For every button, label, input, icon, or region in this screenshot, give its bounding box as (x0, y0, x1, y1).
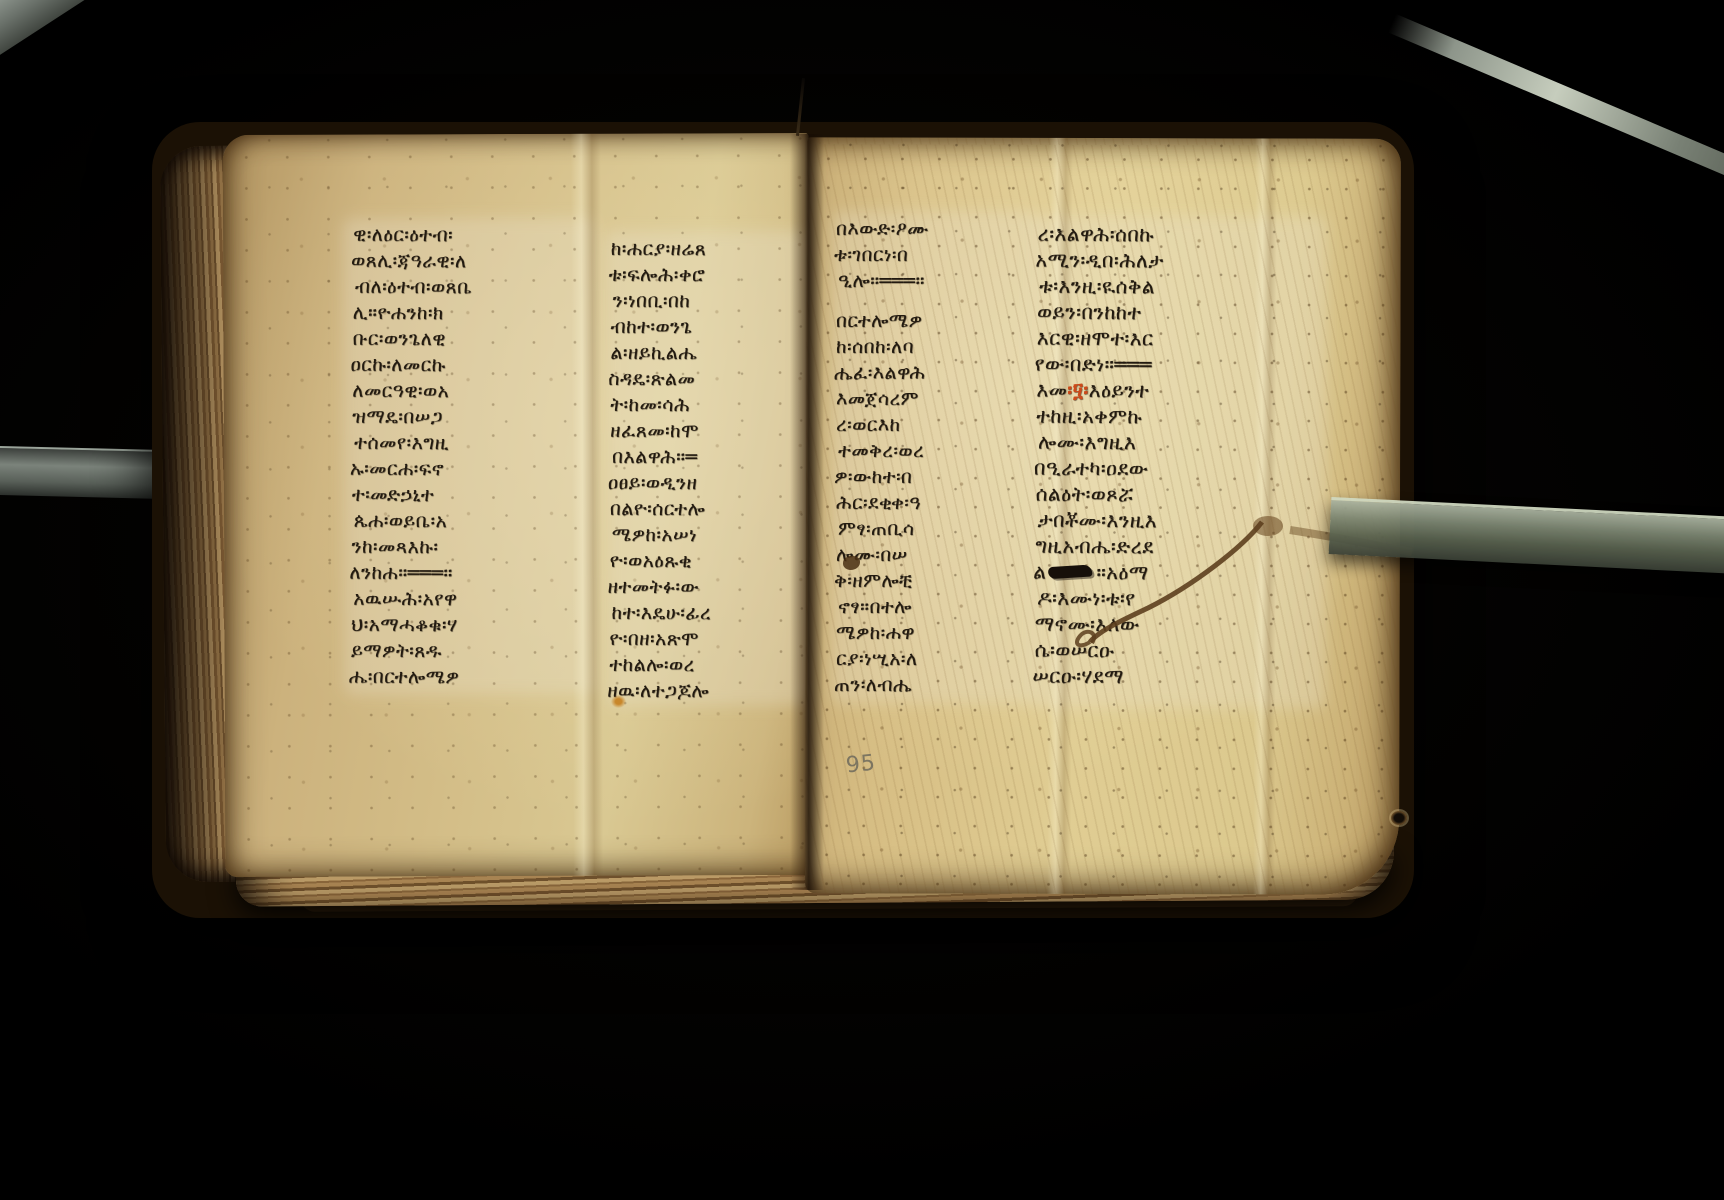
text-line: ተከልሎ፡ወረ (609, 652, 711, 678)
text-line: ሜዎከ፡ሐዋ (836, 620, 929, 646)
text-line: የው፡በድነ።═══ (1035, 351, 1164, 378)
text-line: ብለ፡ዕተብ፡ወጸቤ (355, 274, 472, 301)
text-line: ቱ፡ገበርነ፡በ (834, 242, 927, 268)
text-line: እርዊ፡ዘሞተ፡እር (1037, 325, 1166, 352)
text-line: ተ፡መድኃኒተ (352, 482, 469, 509)
text-line-with-red-numeral: እመ፡፶፡እዕይንተ (1036, 377, 1165, 404)
corner-strip-top-left (0, 0, 96, 58)
text-line: ዎ፡ውከተ፡በ (834, 464, 927, 490)
glass-strip-top-right (1388, 14, 1724, 216)
text-line: ዒሎ።═══። (838, 268, 931, 294)
text-line: ረ፡ወርእከ (836, 412, 929, 438)
text-line: ለመርዓዊ፡ወአ (352, 378, 469, 405)
text-column-left-2: ከ፡ሐርያ፡ዘሬጸ ቱ፡ፍሎሕ፡ቀሮ ን፡ነበቢ፡በከ ብከተ፡ወንጌ ል፡ዘይ… (609, 236, 713, 704)
text-line: ሔፈ፡እልዋሕ (834, 360, 927, 386)
text-line: ት፡ከመ፡ሳሕ (610, 392, 712, 418)
text-line: በእውድ፡ዖሙ (836, 216, 929, 242)
text-line: ዮ፡ወአዕጹቂ (610, 548, 712, 574)
text-line: ንከ፡መጻእኩ፡ (351, 534, 468, 561)
text-line: ቱ፡እንዚ፡ዪሰቅል (1039, 273, 1168, 300)
text-line: ዝማዴ፡በሠጋ (352, 404, 469, 431)
text-line: ርያ፡ነሢአ፡ለ (836, 646, 929, 672)
text-line: ኖፃ።በተሎ (838, 594, 931, 620)
text-line: ከ፡ሰበከ፡ለባ (836, 334, 929, 360)
text-line: ዐፀይ፡ወዲንዘ (608, 470, 710, 496)
text-line: በርተሎሜዎ (836, 308, 929, 334)
gutter-shadow (790, 134, 824, 890)
text-line: ሜዎከ፡አሠነ (612, 522, 714, 548)
text-line: ወይን፡በንከከተ (1037, 299, 1166, 326)
text-line: ዘፈጸመ፡ከሞ (610, 418, 712, 444)
text-line: አሚን፡ዲበ፡ሕለታ (1035, 247, 1164, 274)
text-line: በእልዋሕ።═ (612, 444, 714, 470)
text-line: ስዳዴ፡ጽልመ (608, 366, 710, 392)
text-line: በዒራተካ፡ዐደው (1034, 455, 1163, 482)
text-line: ወጸሊ፡ጃዓራዊ፡ለ (351, 248, 468, 275)
text-line: ል፡ዘይኪልሔ (610, 340, 712, 366)
text-line: ህ፡አማሓቆቁ፡ሃ (351, 612, 468, 639)
text-segment: እዕይንተ (1089, 378, 1150, 402)
text-line: በልዮ፡ሰርተሎ (610, 496, 712, 522)
text-line: ጴሐ፡ወይቤ፡አ (354, 508, 471, 535)
text-line: ቅ፡ዘምሎቺ (834, 568, 927, 594)
text-line: አዉሡሕ፡አየዋ (353, 586, 470, 613)
text-line: ዘተመትፉ፡ው (608, 574, 710, 600)
text-line: ሊ።ዮሐንከ፡ክ (353, 300, 470, 327)
text-line: ረ፡እልዋሕ፡ሰበኩ (1037, 221, 1166, 248)
text-line: ሕር፡ደቂቀ፡ዓ (836, 490, 929, 516)
text-line: ቱ፡ፍሎሕ፡ቀሮ (609, 262, 711, 288)
text-line: ን፡ነበቢ፡በከ (613, 288, 715, 314)
text-line: ተመቅረ፡ወረ (838, 438, 931, 464)
text-line: ጠን፡ለብሔ (834, 672, 927, 698)
text-line: ሔ፡በርተሎሜዎ (349, 664, 466, 691)
text-line: ኡ፡መርሐ፡ፍኖ (350, 456, 467, 483)
text-line: ለንከሐ።═══። (349, 560, 466, 587)
stain-dot (611, 695, 626, 708)
text-column-left-1: ዊ፡ለዕር፡ዕተብ፡ ወጸሊ፡ጃዓራዊ፡ለ ብለ፡ዕተብ፡ወጸቤ ሊ።ዮሐንከ፡… (351, 222, 471, 691)
text-line: ዐርኩ፡ለመርኩ (350, 352, 467, 379)
text-line: ተከዚ፡አቀምኩ (1036, 403, 1165, 430)
text-line: ይማዎት፡ጸዱ (351, 638, 468, 665)
text-line: ዮ፡በዘ፡አጽሞ (609, 626, 711, 652)
text-line: ብከተ፡ወንጌ (610, 314, 712, 340)
text-line: ሎሙ፡እግዚእ (1038, 429, 1167, 456)
folio-number-pencil: 95 (845, 751, 877, 779)
text-line: ከተ፡እዴሁ፡ፊረ (611, 600, 713, 626)
text-line: ምፃ፡ጠቢሳ (838, 516, 931, 542)
text-line: ቡር፡ወንጌለዊ (353, 326, 470, 353)
red-numeral: ፡፶፡ (1067, 378, 1088, 402)
text-segment: እመ (1036, 378, 1067, 402)
text-column-right-1: በእውድ፡ዖሙ ቱ፡ገበርነ፡በ ዒሎ።═══። በርተሎሜዎ ከ፡ሰበከ፡ለባ… (836, 216, 929, 698)
left-page (223, 133, 812, 877)
wormhole (1391, 811, 1407, 825)
text-line: እመጀሳረም (836, 386, 929, 412)
text-line: ተሰመየ፡እግዚ (354, 430, 471, 457)
photo-stage: ዊ፡ለዕር፡ዕተብ፡ ወጸሊ፡ጃዓራዊ፡ለ ብለ፡ዕተብ፡ወጸቤ ሊ።ዮሐንከ፡… (0, 0, 1724, 1200)
text-line: ዊ፡ለዕር፡ዕተብ፡ (353, 222, 470, 249)
text-line: ከ፡ሐርያ፡ዘሬጸ (611, 236, 713, 262)
